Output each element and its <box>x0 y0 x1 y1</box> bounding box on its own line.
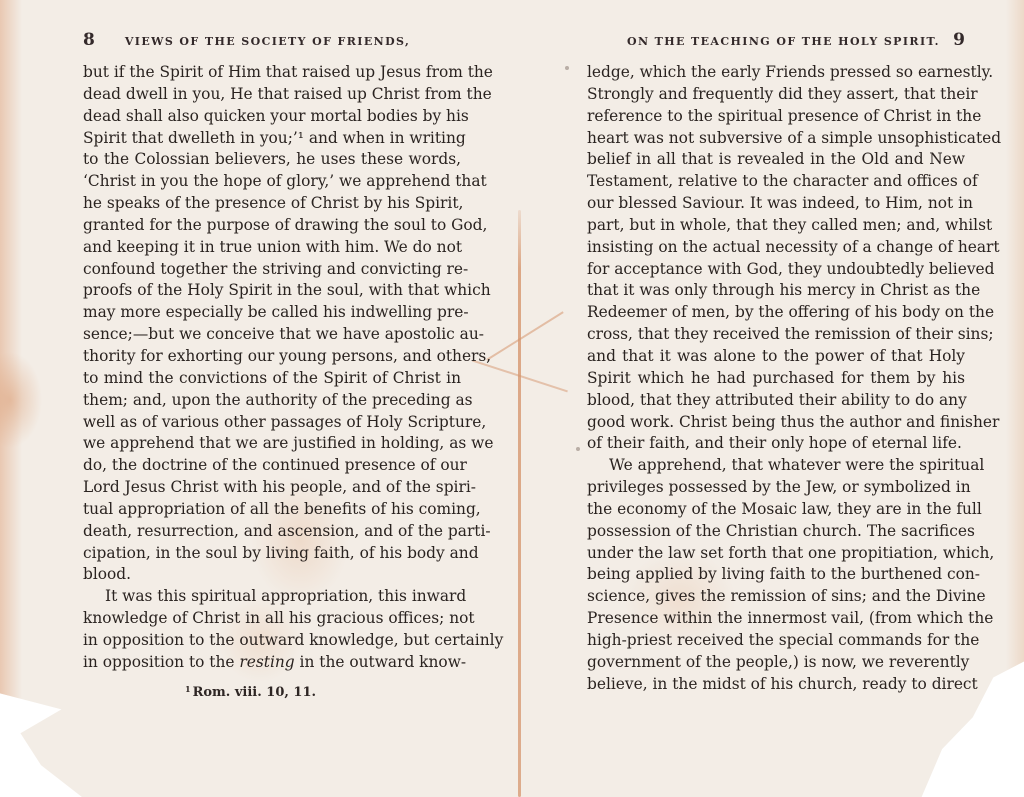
page-number: 8 <box>83 30 95 50</box>
text-line: confound together the striving and convi… <box>83 259 461 281</box>
text-line: under the law set forth that one propiti… <box>587 543 965 565</box>
footnote: 1Rom. viii. 10, 11. <box>83 684 461 700</box>
text-line: Spirit which he had purchased for them b… <box>587 368 965 390</box>
running-head-title: VIEWS OF THE SOCIETY OF FRIENDS, <box>125 35 461 48</box>
text-line: and keeping it in true union with him. W… <box>83 237 461 259</box>
text-line: privileges possessed by the Jew, or symb… <box>587 477 965 499</box>
text-line: Spirit that dwelleth in you;’¹ and when … <box>83 128 461 150</box>
page-number: 9 <box>953 30 965 50</box>
text-line: government of the people,) is now, we re… <box>587 652 965 674</box>
text-line: granted for the purpose of drawing the s… <box>83 215 461 237</box>
footnote-text: Rom. viii. 10, 11. <box>193 685 316 700</box>
text-line: good work. Christ being thus the author … <box>587 412 965 434</box>
text-line: he speaks of the presence of Christ by h… <box>83 193 461 215</box>
text-line: for acceptance with God, they undoubtedl… <box>587 259 965 281</box>
text-line: heart was not subversive of a simple uns… <box>587 128 965 150</box>
text-line: do, the doctrine of the continued presen… <box>83 455 461 477</box>
text-line: proofs of the Holy Spirit in the soul, w… <box>83 280 461 302</box>
body-text: but if the Spirit of Him that raised up … <box>83 62 461 674</box>
text-line: sence;—but we conceive that we have apos… <box>83 324 461 346</box>
text-line: science, gives the remission of sins; an… <box>587 586 965 608</box>
running-head-title: ON THE TEACHING OF THE HOLY SPIRIT. <box>627 35 953 48</box>
text-line: that it was only through his mercy in Ch… <box>587 280 965 302</box>
text-line: high-priest received the special command… <box>587 630 965 652</box>
text-line: we apprehend that we are justified in ho… <box>83 433 461 455</box>
text-line: but if the Spirit of Him that raised up … <box>83 62 461 84</box>
text-line: them; and, upon the authority of the pre… <box>83 390 461 412</box>
text-line: knowledge of Christ in all his gracious … <box>83 608 461 630</box>
text-line: ‘Christ in you the hope of glory,’ we ap… <box>83 171 461 193</box>
text-line: may more especially be called his indwel… <box>83 302 461 324</box>
text-line: Redeemer of men, by the offering of his … <box>587 302 965 324</box>
text-line: thority for exhorting our young persons,… <box>83 346 461 368</box>
text-line: Presence within the innermost vail, (fro… <box>587 608 965 630</box>
text-line: reference to the spiritual presence of C… <box>587 106 965 128</box>
right-page: ON THE TEACHING OF THE HOLY SPIRIT. 9 le… <box>587 30 965 695</box>
text-line: dead shall also quicken your mortal bodi… <box>83 106 461 128</box>
body-text: ledge, which the early Friends pressed s… <box>587 62 965 695</box>
text-line: Testament, relative to the character and… <box>587 171 965 193</box>
text-line: believe, in the midst of his church, rea… <box>587 674 965 696</box>
text-line: our blessed Saviour. It was indeed, to H… <box>587 193 965 215</box>
text-line: being applied by living faith to the bur… <box>587 564 965 586</box>
text-line: part, but in whole, that they called men… <box>587 215 965 237</box>
text-run: in the outward know- <box>295 653 466 671</box>
text-line: the economy of the Mosaic law, they are … <box>587 499 965 521</box>
left-page: 8 VIEWS OF THE SOCIETY OF FRIENDS, but i… <box>83 30 461 700</box>
paper-speck <box>565 66 569 70</box>
text-run: in opposition to the <box>83 653 239 671</box>
text-line: and that it was alone to the power of th… <box>587 346 965 368</box>
text-line: to the Colossian believers, he uses thes… <box>83 149 461 171</box>
text-line: Lord Jesus Christ with his people, and o… <box>83 477 461 499</box>
text-line: cipation, in the soul by living faith, o… <box>83 543 461 565</box>
text-line: insisting on the actual necessity of a c… <box>587 237 965 259</box>
gutter-crease <box>518 210 521 797</box>
paper-speck <box>576 447 580 451</box>
text-line: in opposition to the outward knowledge, … <box>83 630 461 652</box>
text-line: blood. <box>83 564 461 586</box>
text-line: blood, that they attributed their abilit… <box>587 390 965 412</box>
text-line: tual appropriation of all the benefits o… <box>83 499 461 521</box>
text-line: ledge, which the early Friends pressed s… <box>587 62 965 84</box>
text-line: dead dwell in you, He that raised up Chr… <box>83 84 461 106</box>
text-line: cross, that they received the remission … <box>587 324 965 346</box>
text-line: belief in all that is revealed in the Ol… <box>587 149 965 171</box>
text-line-with-italic: in opposition to the resting in the outw… <box>83 652 461 674</box>
running-head: ON THE TEACHING OF THE HOLY SPIRIT. 9 <box>587 30 965 56</box>
paragraph-start-line: We apprehend, that whatever were the spi… <box>587 455 965 477</box>
text-line: possession of the Christian church. The … <box>587 521 965 543</box>
text-line: to mind the convictions of the Spirit of… <box>83 368 461 390</box>
text-line: Strongly and frequently did they assert,… <box>587 84 965 106</box>
italic-word: resting <box>239 653 294 671</box>
running-head: 8 VIEWS OF THE SOCIETY OF FRIENDS, <box>83 30 461 56</box>
footnote-marker: 1 <box>185 684 191 694</box>
text-line: well as of various other passages of Hol… <box>83 412 461 434</box>
text-line: of their faith, and their only hope of e… <box>587 433 965 455</box>
paragraph-start-line: It was this spiritual appropriation, thi… <box>83 586 461 608</box>
text-line: death, resurrection, and ascension, and … <box>83 521 461 543</box>
